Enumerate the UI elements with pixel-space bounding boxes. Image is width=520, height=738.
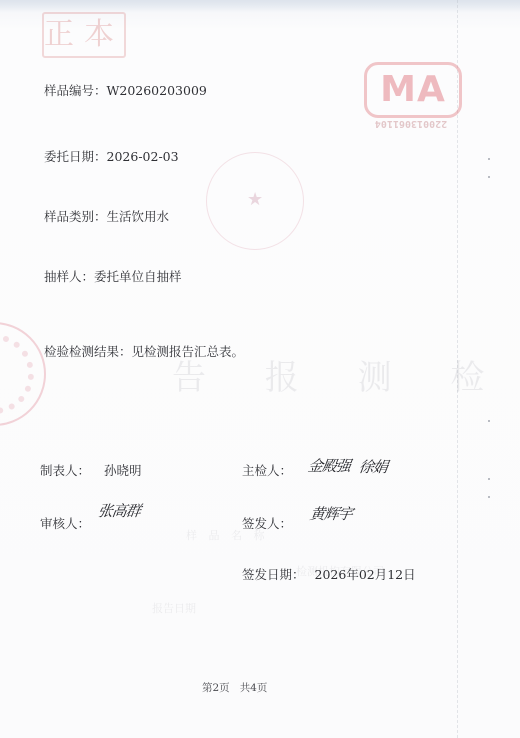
- signature-issuer: 签发人：: [242, 514, 292, 532]
- issue-date: 签发日期：2026年02月12日: [242, 565, 416, 583]
- handwritten-issuer: 黄辉宇: [309, 503, 354, 524]
- page-footer: 第2页共4页: [202, 680, 267, 695]
- field-label: 样品类别：: [44, 209, 107, 224]
- cma-code: 220013061104: [356, 118, 466, 129]
- issue-date-value: 2026年02月12日: [315, 567, 416, 582]
- signature-label: 签发日期：: [242, 565, 305, 583]
- field-test-result: 检验检测结果：见检测报告汇总表。: [44, 342, 244, 360]
- handwritten-inspector-1: 金殿强: [307, 455, 352, 476]
- cma-stamp: MA: [364, 62, 462, 118]
- signature-value: 孙晓明: [104, 463, 142, 478]
- field-value: 委托单位自抽样: [94, 269, 182, 284]
- field-value: W20260203009: [107, 83, 207, 98]
- handwritten-reviewer: 张高群: [97, 500, 142, 521]
- signature-label: 审核人：: [40, 514, 90, 532]
- ghost-line-3: 报告日期: [152, 600, 196, 616]
- seal-star-icon: ★: [247, 189, 263, 210]
- signature-inspector: 主检人：: [242, 461, 292, 479]
- field-label: 样品编号：: [44, 83, 107, 98]
- page-total: 共4页: [240, 682, 268, 694]
- field-sampler: 抽样人：委托单位自抽样: [44, 267, 182, 285]
- field-label: 检验检测结果：: [44, 344, 132, 359]
- field-value: 见检测报告汇总表。: [132, 344, 245, 359]
- document-page: 告 报 测 检 样 品 名 称 检测机构有限公司 报告日期 正本 MA 2200…: [0, 0, 520, 738]
- field-label: 抽样人：: [44, 269, 94, 284]
- side-seal: [0, 322, 46, 426]
- scan-edge-shadow: [0, 0, 520, 12]
- handwritten-inspector-2: 徐娟: [358, 456, 389, 477]
- field-value: 生活饮用水: [107, 209, 170, 224]
- field-sample-category: 样品类别：生活饮用水: [44, 207, 169, 225]
- signature-label: 主检人：: [242, 461, 292, 479]
- signature-reviewer: 审核人：: [40, 514, 90, 532]
- signature-maker: 制表人：孙晓明: [40, 461, 142, 479]
- original-copy-stamp: 正本: [42, 12, 126, 58]
- field-label: 委托日期：: [44, 149, 107, 164]
- signature-label: 签发人：: [242, 514, 292, 532]
- page-number: 第2页: [202, 682, 230, 694]
- field-commission-date: 委托日期：2026-02-03: [44, 147, 179, 165]
- field-sample-number: 样品编号：W20260203009: [44, 81, 207, 99]
- signature-label: 制表人：: [40, 461, 90, 479]
- official-seal-faint: ★: [206, 152, 304, 250]
- field-value: 2026-02-03: [107, 149, 179, 164]
